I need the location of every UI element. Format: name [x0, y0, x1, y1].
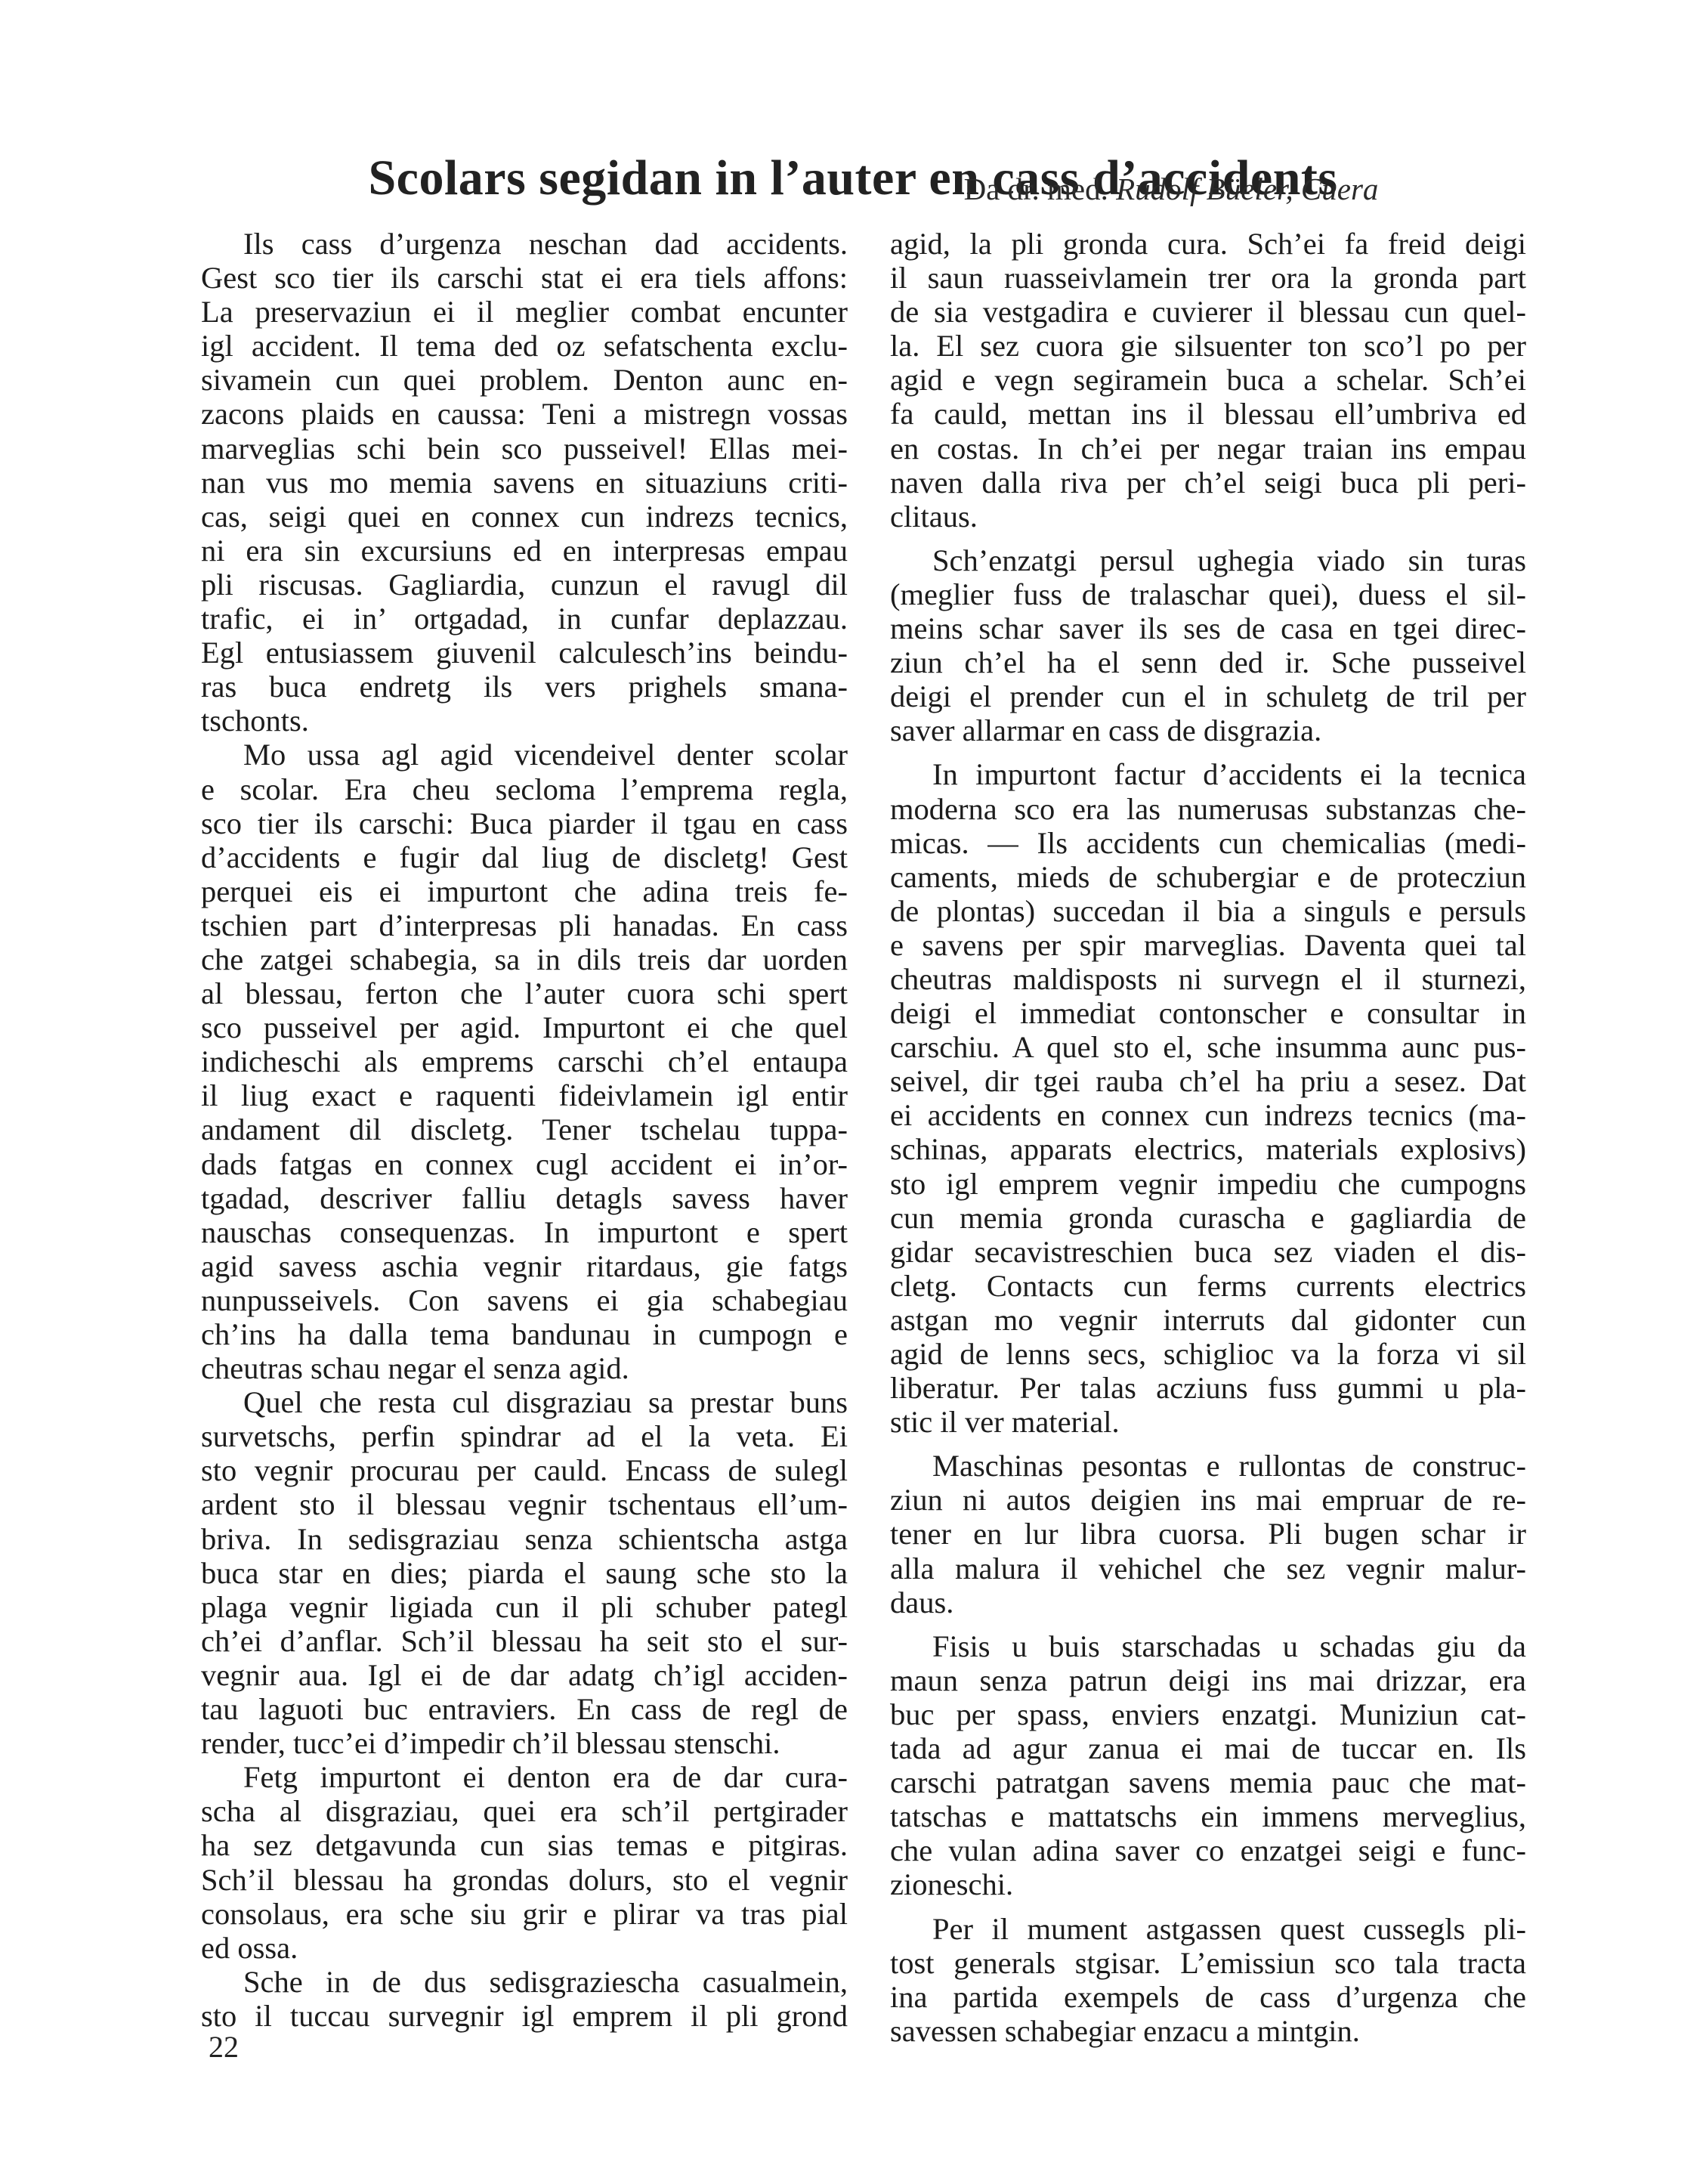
text-line: agid de lenns secs, schiglioc va la forz…	[890, 1337, 1526, 1371]
text-line: Gest sco tier ils carschi stat ei era ti…	[201, 261, 848, 295]
text-line: cheutras schau negar el senza agid.	[201, 1351, 848, 1385]
text-line: pli riscusas. Gagliardia, cunzun el ravu…	[201, 568, 848, 602]
paragraph: Fisis u buis starschadas u schadas giu d…	[890, 1629, 1526, 1902]
text-line: micas. — Ils accidents cun chemicalias (…	[890, 826, 1526, 860]
text-line: ras buca endretg ils vers prighels smana…	[201, 670, 848, 704]
text-line: maun senza patrun deigi ins mai drizzar,…	[890, 1663, 1526, 1697]
text-line: che zatgei schabegia, sa in dils treis d…	[201, 942, 848, 976]
text-line: che vulan adina saver co enzatgei seigi …	[890, 1833, 1526, 1867]
article-byline: Da dr. med. Rudolf Büeler, Cuera	[756, 171, 1587, 207]
text-line: tener en lur libra cuorsa. Pli bugen sch…	[890, 1517, 1526, 1551]
text-line: e savens per spir marveglias. Daventa qu…	[890, 928, 1526, 962]
text-line: Quel che resta cul disgraziau sa prestar…	[201, 1385, 848, 1419]
text-column-left: Ils cass d’urgenza neschan dad accidents…	[201, 227, 848, 2033]
paragraph: Sche in de dus sedisgraziescha casualmei…	[201, 1965, 848, 2033]
text-line: ziun ch’el ha el senn ded ir. Sche pusse…	[890, 645, 1526, 679]
text-line: sco pusseivel per agid. Impurtont ei che…	[201, 1010, 848, 1044]
text-line: tada ad agur zanua ei mai de tuccar en. …	[890, 1731, 1526, 1765]
paragraph: In impurtont factur d’accidents ei la te…	[890, 757, 1526, 1439]
text-line: buc per spass, enviers enzatgi. Muniziun…	[890, 1697, 1526, 1731]
text-line: naven dalla riva per ch’el seigi buca pl…	[890, 466, 1526, 500]
text-line: trafic, ei in’ ortgadad, in cunfar depla…	[201, 602, 848, 636]
text-line: astgan mo vegnir interruts dal gidonter …	[890, 1303, 1526, 1337]
text-line: Egl entusiassem giuvenil calculesch’ins …	[201, 636, 848, 670]
text-line: meins schar saver ils ses de casa en tge…	[890, 611, 1526, 645]
text-line: tost generals stgisar. L’emissiun sco ta…	[890, 1946, 1526, 1980]
text-line: tgadad, descriver falliu detagls savess …	[201, 1181, 848, 1215]
paragraph: Per il mument astgassen quest cussegls p…	[890, 1912, 1526, 2048]
text-line: marveglias schi bein sco pusseivel! Ella…	[201, 432, 848, 466]
text-line: Fisis u buis starschadas u schadas giu d…	[890, 1629, 1526, 1663]
text-line: buca star en dies; piarda el saung sche …	[201, 1556, 848, 1590]
text-line: saver allarmar en cass de disgrazia.	[890, 713, 1526, 747]
text-line: ina partida exempels de cass d’urgenza c…	[890, 1980, 1526, 2014]
text-line: liberatur. Per talas acziuns fuss gummi …	[890, 1371, 1526, 1405]
text-line: indicheschi als emprems carschi ch’el en…	[201, 1044, 848, 1078]
text-line: carschiu. A quel sto el, sche insumma au…	[890, 1030, 1526, 1064]
text-line: tschien part d’interpresas pli hanadas. …	[201, 908, 848, 942]
text-line: nan vus mo memia savens en situaziuns cr…	[201, 466, 848, 500]
text-line: sivamein cun quei problem. Denton aunc e…	[201, 363, 848, 397]
text-line: deigi el immediat contonscher e consulta…	[890, 996, 1526, 1030]
text-line: ed ossa.	[201, 1931, 848, 1965]
text-line: Fetg impurtont ei denton era de dar cura…	[201, 1760, 848, 1794]
text-line: ha sez detgavunda cun sias temas e pitgi…	[201, 1828, 848, 1862]
text-line: (meglier fuss de tralaschar quei), duess…	[890, 577, 1526, 611]
paragraph: Quel che resta cul disgraziau sa prestar…	[201, 1385, 848, 1760]
text-line: plaga vegnir ligiada cun il pli schuber …	[201, 1590, 848, 1624]
text-line: daus.	[890, 1585, 1526, 1619]
text-line: cheutras maldisposts ni survegn el il st…	[890, 962, 1526, 996]
text-column-right: agid, la pli gronda cura. Sch’ei fa frei…	[890, 227, 1526, 2048]
text-line: deigi el prender cun el in schuletg de t…	[890, 679, 1526, 713]
byline-author: Rudolf Büeler, Cuera	[1116, 172, 1378, 206]
text-line: alla malura il vehichel che sez vegnir m…	[890, 1551, 1526, 1585]
text-line: Sch’enzatgi persul ughegia viado sin tur…	[890, 543, 1526, 577]
text-line: carschi patratgan savens memia pauc che …	[890, 1765, 1526, 1799]
text-line: en costas. In ch’ei per negar traian ins…	[890, 432, 1526, 466]
text-line: Ils cass d’urgenza neschan dad accidents…	[201, 227, 848, 261]
text-line: il liug exact e raquenti fideivlamein ig…	[201, 1078, 848, 1112]
text-line: al blessau, ferton che l’auter cuora sch…	[201, 976, 848, 1010]
text-line: gidar secavistreschien buca sez viaden e…	[890, 1235, 1526, 1269]
text-line: Mo ussa agl agid vicendeivel denter scol…	[201, 738, 848, 772]
byline-prefix: Da dr. med.	[964, 172, 1117, 206]
text-line: tau laguoti buc entraviers. En cass de r…	[201, 1692, 848, 1726]
text-line: agid e vegn segiramein buca a schelar. S…	[890, 363, 1526, 397]
paragraph: Ils cass d’urgenza neschan dad accidents…	[201, 227, 848, 738]
text-line: sto igl emprem vegnir impediu che cumpog…	[890, 1167, 1526, 1201]
text-line: briva. In sedisgraziau senza schientscha…	[201, 1522, 848, 1556]
text-line: nauschas consequenzas. In impurtont e sp…	[201, 1215, 848, 1249]
text-line: schinas, apparats electrics, materials e…	[890, 1132, 1526, 1166]
text-line: ziun ni autos deigien ins mai empruar de…	[890, 1483, 1526, 1517]
page-number: 22	[209, 2030, 239, 2064]
text-line: agid savess aschia vegnir ritardaus, gie…	[201, 1249, 848, 1283]
text-line: zioneschi.	[890, 1867, 1526, 1901]
text-line: ni era sin excursiuns ed en interpresas …	[201, 534, 848, 568]
text-line: fa cauld, mettan ins il blessau ell’umbr…	[890, 397, 1526, 431]
text-line: tschonts.	[201, 704, 848, 738]
paragraph: Sch’enzatgi persul ughegia viado sin tur…	[890, 543, 1526, 748]
text-line: La preservaziun ei il meglier combat enc…	[201, 295, 848, 329]
text-line: cun memia gronda curascha e gagliardia d…	[890, 1201, 1526, 1235]
text-line: de plontas) succedan il bia a singuls e …	[890, 894, 1526, 928]
text-line: e scolar. Era cheu secloma l’emprema reg…	[201, 772, 848, 806]
text-line: consolaus, era sche siu grir e plirar va…	[201, 1897, 848, 1931]
text-line: dads fatgas en connex cugl accident ei i…	[201, 1147, 848, 1181]
paragraph: agid, la pli gronda cura. Sch’ei fa frei…	[890, 227, 1526, 534]
text-line: tatschas e mattatschs ein immens mervegl…	[890, 1799, 1526, 1833]
text-line: Maschinas pesontas e rullontas de constr…	[890, 1449, 1526, 1483]
text-line: savessen schabegiar enzacu a mintgin.	[890, 2014, 1526, 2048]
text-line: moderna sco era las numerusas substanzas…	[890, 792, 1526, 826]
text-line: il saun ruasseivlamein trer ora la grond…	[890, 261, 1526, 295]
text-line: de sia vestgadira e cuvierer il blessau …	[890, 295, 1526, 329]
text-line: clitaus.	[890, 500, 1526, 534]
text-line: In impurtont factur d’accidents ei la te…	[890, 757, 1526, 791]
text-line: sto il tuccau survegnir igl emprem il pl…	[201, 1999, 848, 2033]
paragraph: Mo ussa agl agid vicendeivel denter scol…	[201, 738, 848, 1385]
text-line: sco tier ils carschi: Buca piarder il tg…	[201, 806, 848, 840]
text-line: perquei eis ei impurtont che adina treis…	[201, 874, 848, 908]
text-line: render, tucc’ei d’impedir ch’il blessau …	[201, 1726, 848, 1760]
text-line: cletg. Contacts cun ferms currents elect…	[890, 1269, 1526, 1303]
paragraph: Maschinas pesontas e rullontas de constr…	[890, 1449, 1526, 1619]
text-line: survetschs, perfin spindrar ad el la vet…	[201, 1419, 848, 1453]
text-line: ch’ei d’anflar. Sch’il blessau ha seit s…	[201, 1624, 848, 1658]
paragraph: Fetg impurtont ei denton era de dar cura…	[201, 1760, 848, 1965]
text-line: ei accidents en connex cun indrezs tecni…	[890, 1098, 1526, 1132]
text-line: igl accident. Il tema ded oz sefatschent…	[201, 329, 848, 363]
text-line: Sch’il blessau ha grondas dolurs, sto el…	[201, 1863, 848, 1897]
text-line: scha al disgraziau, quei era sch’il pert…	[201, 1794, 848, 1828]
text-line: stic il ver material.	[890, 1405, 1526, 1439]
text-line: Sche in de dus sedisgraziescha casualmei…	[201, 1965, 848, 1999]
text-line: vegnir aua. Igl ei de dar adatg ch’igl a…	[201, 1658, 848, 1692]
text-line: andament dil discletg. Tener tschelau tu…	[201, 1112, 848, 1146]
text-line: la. El sez cuora gie silsuenter ton sco’…	[890, 329, 1526, 363]
text-line: zacons plaids en caussa: Teni a mistregn…	[201, 397, 848, 431]
text-line: nunpusseivels. Con savens ei gia schabeg…	[201, 1283, 848, 1317]
text-line: agid, la pli gronda cura. Sch’ei fa frei…	[890, 227, 1526, 261]
text-line: cas, seigi quei en connex cun indrezs te…	[201, 500, 848, 534]
text-line: d’accidents e fugir dal liug de discletg…	[201, 840, 848, 874]
text-line: caments, mieds de schubergiar e de prote…	[890, 860, 1526, 894]
text-line: ardent sto il blessau vegnir tschentaus …	[201, 1487, 848, 1521]
text-line: seivel, dir tgei rauba ch’el ha priu a s…	[890, 1064, 1526, 1098]
text-line: Per il mument astgassen quest cussegls p…	[890, 1912, 1526, 1946]
text-line: ch’ins ha dalla tema bandunau in cumpogn…	[201, 1317, 848, 1351]
text-line: sto vegnir procurau per cauld. Encass de…	[201, 1453, 848, 1487]
